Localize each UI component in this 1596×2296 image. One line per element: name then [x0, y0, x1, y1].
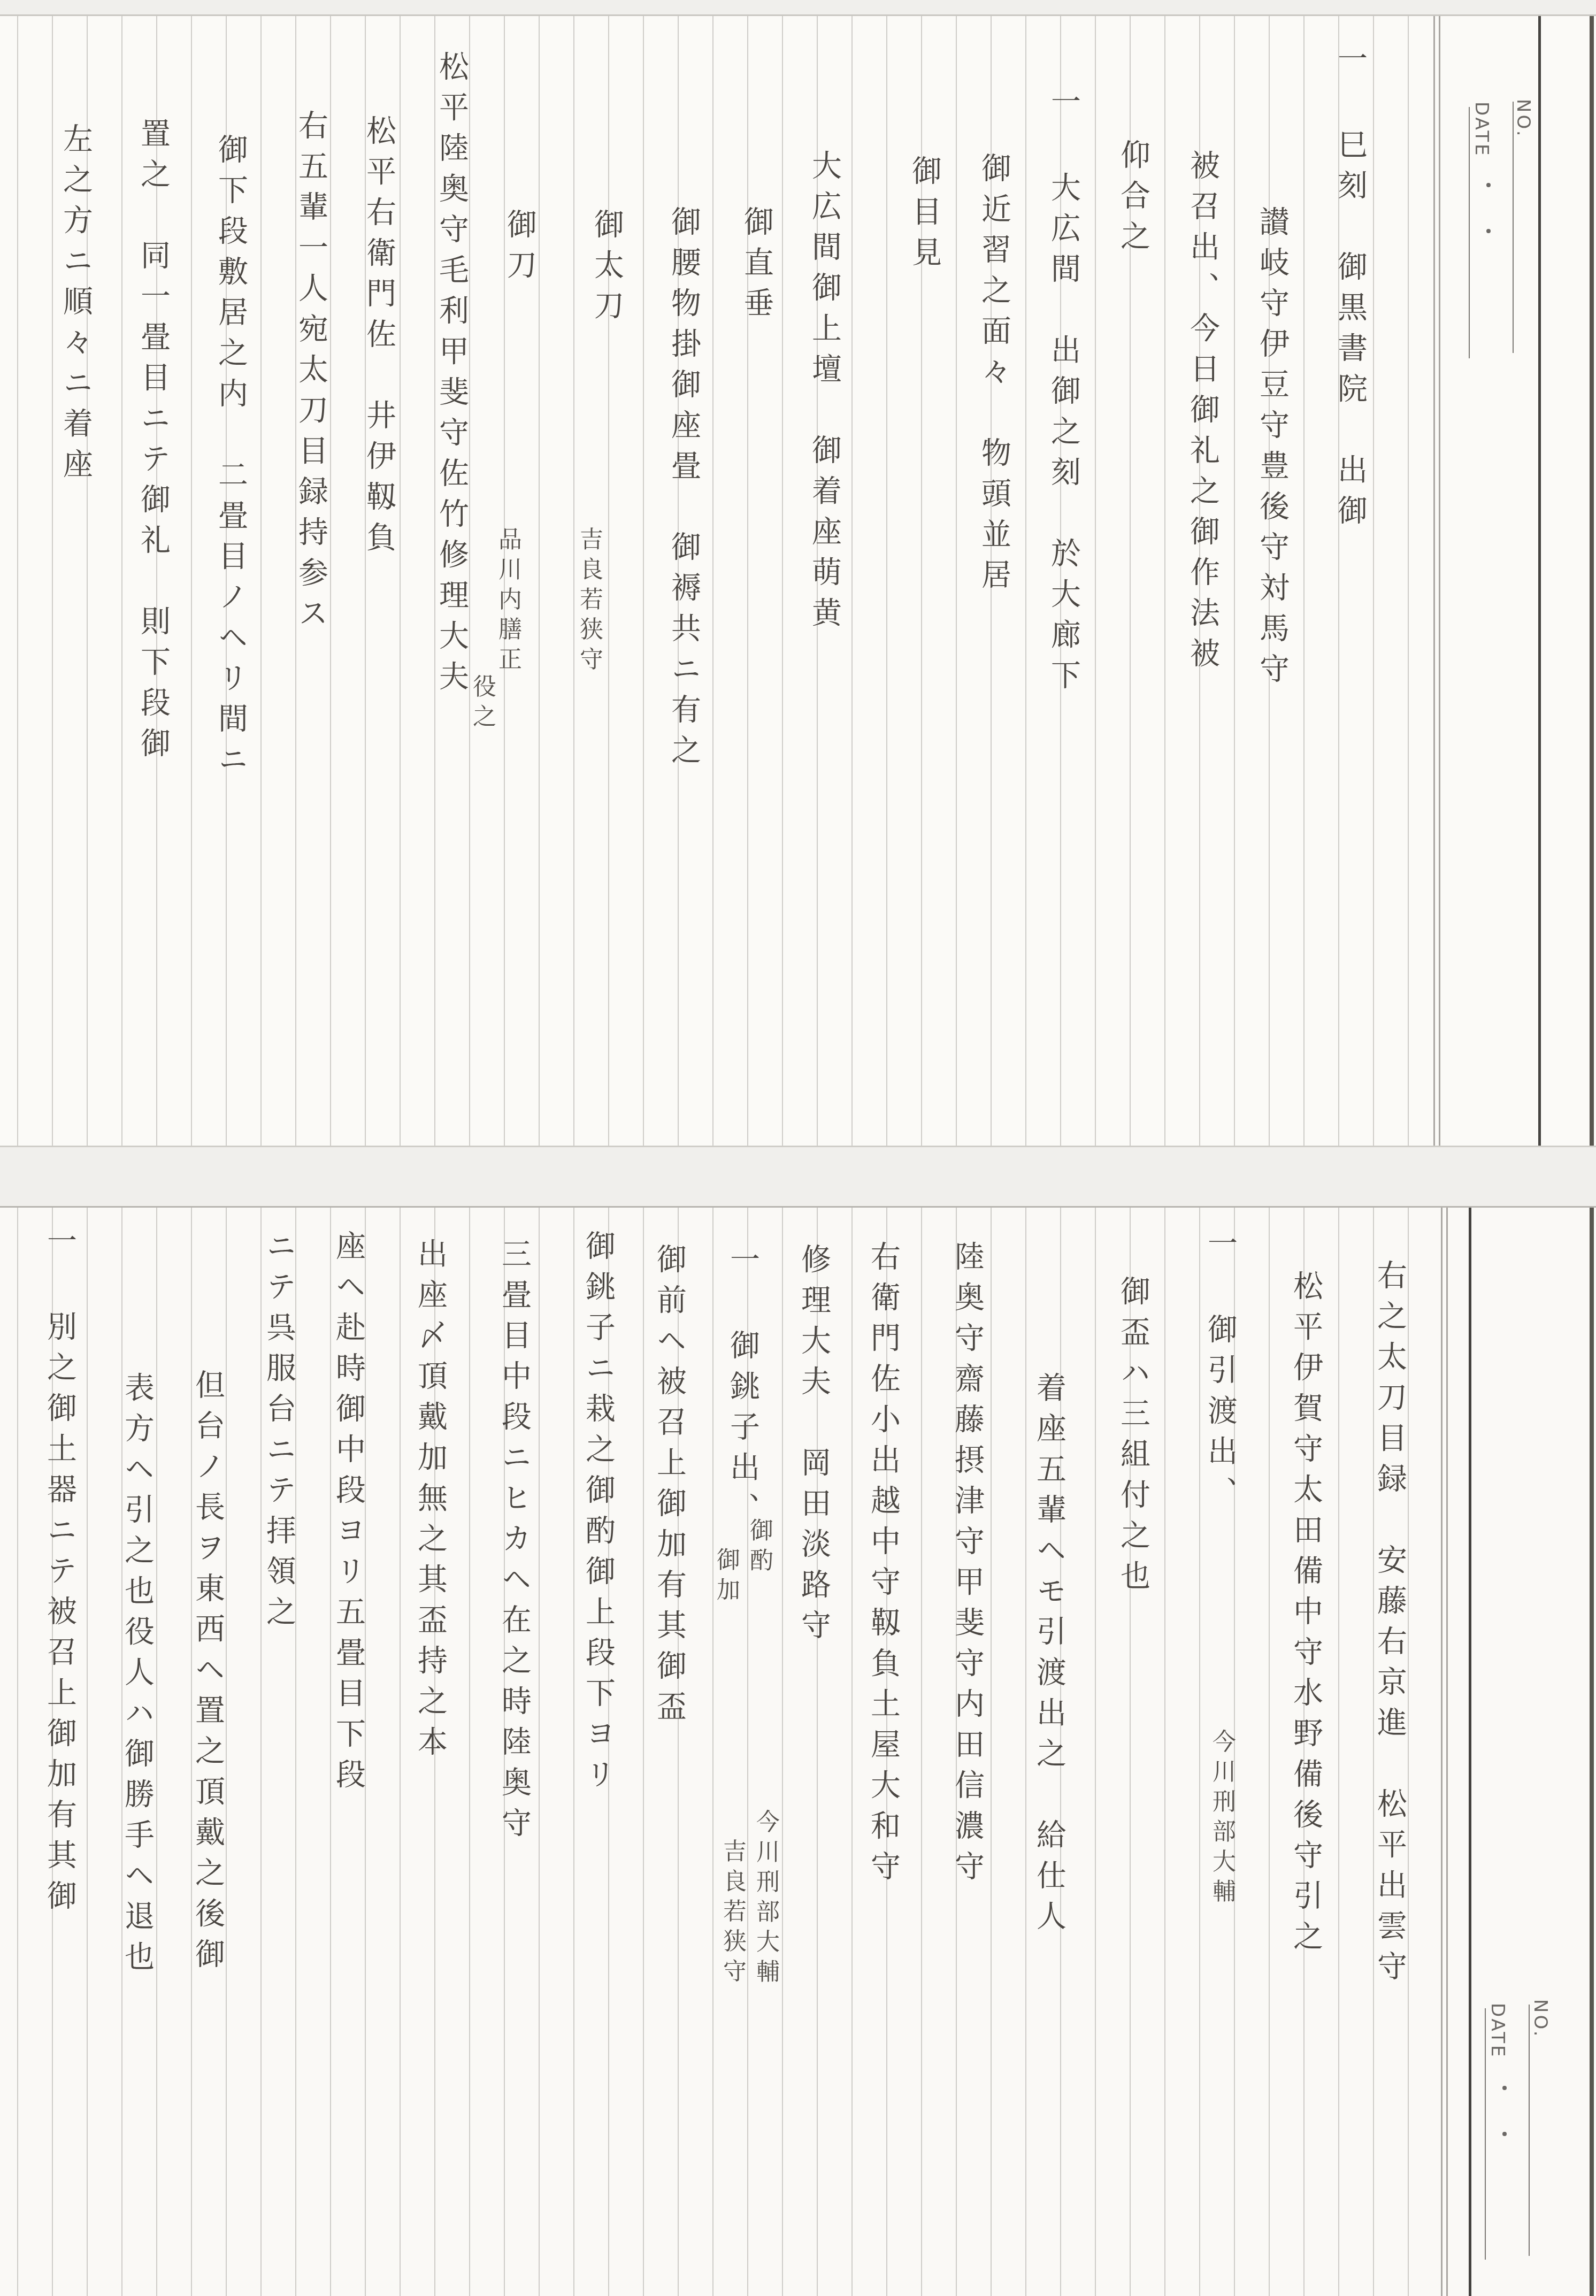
page1-sheet-edge	[1538, 16, 1541, 1146]
page1-column-1: 一 巳刻 御黒書院 出御	[1331, 43, 1369, 535]
page2-column-9-note-2: 御加	[710, 1547, 741, 1607]
page1-column-9: 御直垂	[737, 206, 776, 328]
page1-date-label: DATE	[1471, 102, 1492, 157]
page1-column-12-note: 品川内膳正	[492, 527, 523, 677]
page-2: NO. DATE 右之太刀目録 安藤右京進 松平出雲守 松平伊賀守太田備中守水野…	[0, 1208, 1596, 2296]
page2-margin-line-1	[1441, 1208, 1442, 2296]
page2-column-14: 座ヘ赴時御中段ヨリ五畳目下段	[329, 1230, 367, 1799]
page2-margin-line-2	[1446, 1208, 1448, 2296]
page2-column-8: 修理大夫 岡田淡路守	[794, 1243, 833, 1650]
page2-column-2: 松平伊賀守太田備中守水野備後守引之	[1286, 1270, 1325, 1961]
page1-column-14: 松平右衛門佐 井伊靱負	[359, 115, 398, 562]
page2-column-7: 右衛門佐小出越中守靱負土屋大和守	[864, 1241, 902, 1891]
page2-date-label: DATE	[1487, 2003, 1508, 2059]
page1-margin-line-2	[1439, 16, 1440, 1146]
page2-column-11: 御銚子ニ栽之御酌御上段下ヨリ	[579, 1230, 617, 1799]
page1-column-17: 置之 同一畳目ニテ御礼 則下段御	[134, 118, 172, 768]
page2-date-dot-1	[1502, 2086, 1507, 2090]
page2-column-17: 表方ヘ引之也役人ハ御勝手ヘ退也	[118, 1372, 156, 1982]
page1-margin-line-1	[1433, 16, 1435, 1146]
page1-column-18: 左之方ニ順々ニ着座	[56, 123, 95, 489]
page2-column-12: 三畳目中段ニヒカヘ在之時陸奥守	[495, 1238, 533, 1848]
scan-middle-gap	[0, 1146, 1596, 1208]
page2-column-15: ニテ呉服台ニテ拝領之	[259, 1230, 298, 1637]
page1-no-label: NO.	[1513, 99, 1534, 139]
page1-column-11-note: 吉良若狭守	[573, 527, 604, 677]
page1-column-12-note-2: 役之	[466, 674, 497, 734]
page2-column-9: 一 御銚子出、	[723, 1243, 762, 1533]
page2-column-6: 陸奥守齋藤摂津守甲斐守内田信濃守	[948, 1241, 986, 1891]
page2-date-dot-2	[1502, 2132, 1507, 2136]
page1-no-line	[1513, 102, 1514, 353]
page1-column-16: 御下段敷居之内 二畳目ノヘリ間ニ	[211, 134, 250, 784]
page1-column-11: 御太刀	[587, 209, 626, 331]
page1-date-dot-2	[1486, 229, 1491, 233]
page2-column-16: 但台ノ長ヲ東西ヘ置之頂戴之後御	[188, 1369, 227, 1979]
scanned-manuscript: { "document": { "kind": "handwritten Jap…	[0, 0, 1596, 2296]
page1-column-12: 御刀	[500, 209, 539, 290]
page2-column-9-note-3: 今川刑部大輔	[750, 1809, 781, 1989]
page2-date-line	[1485, 2008, 1486, 2260]
page1-column-10: 御腰物掛御座畳 御褥共ニ有之	[664, 206, 703, 775]
page2-column-9-note-4: 吉良若狭守	[717, 1839, 748, 1988]
page2-column-4: 御盃ハ三組付之也	[1114, 1276, 1152, 1601]
page2-column-1: 右之太刀目録 安藤右京進 松平出雲守	[1370, 1260, 1409, 1991]
page1-column-8: 大広間御上壇 御着座萌黄	[805, 150, 843, 638]
page1-column-15: 右五輩一人宛太刀目録持参ス	[291, 110, 330, 638]
page1-column-7: 御目見	[905, 155, 943, 277]
page1-date-dot-1	[1486, 183, 1491, 187]
page2-column-3: 一 御引渡出、	[1201, 1227, 1239, 1517]
scan-top-gap	[0, 0, 1596, 15]
page2-column-13: 出座〆頂戴加無之其盃持之本	[411, 1238, 449, 1767]
page-1: NO. DATE 一 巳刻 御黒書院 出御 讃岐守伊豆守豊後守対馬守 被召出、今…	[0, 16, 1596, 1146]
page1-bottom-edge	[0, 1146, 1596, 1147]
page2-no-line	[1529, 2005, 1530, 2256]
scan-right-edge	[1590, 16, 1594, 1146]
page1-column-6: 御近習之面々 物頭並居	[975, 152, 1013, 600]
page1-column-13: 松平陸奥守毛利甲斐守佐竹修理大夫	[432, 51, 471, 701]
page1-column-2: 讃岐守伊豆守豊後守対馬守	[1253, 206, 1291, 694]
page1-column-3: 被召出、今日御礼之御作法被	[1183, 150, 1222, 678]
page2-column-5: 着座五輩ヘモ引渡出之 給仕人	[1030, 1372, 1068, 1941]
page1-date-line	[1469, 107, 1470, 358]
page2-column-9-note-1: 御酌	[743, 1518, 774, 1578]
page2-column-18: 一 別之御土器ニテ被召上御加有其御	[40, 1225, 79, 1921]
page2-column-3-note: 今川刑部大輔	[1206, 1729, 1237, 1909]
page2-column-10: 御前ヘ被召上御加有其御盃	[650, 1243, 688, 1731]
page2-no-label: NO.	[1530, 1999, 1551, 2039]
page2-sheet-edge	[1469, 1208, 1471, 2296]
page1-column-4: 仰合之	[1114, 139, 1152, 261]
page1-column-5: 一 大広間 出御之刻 於大廊下	[1044, 86, 1083, 700]
scan-right-edge-2	[1590, 1208, 1594, 2296]
